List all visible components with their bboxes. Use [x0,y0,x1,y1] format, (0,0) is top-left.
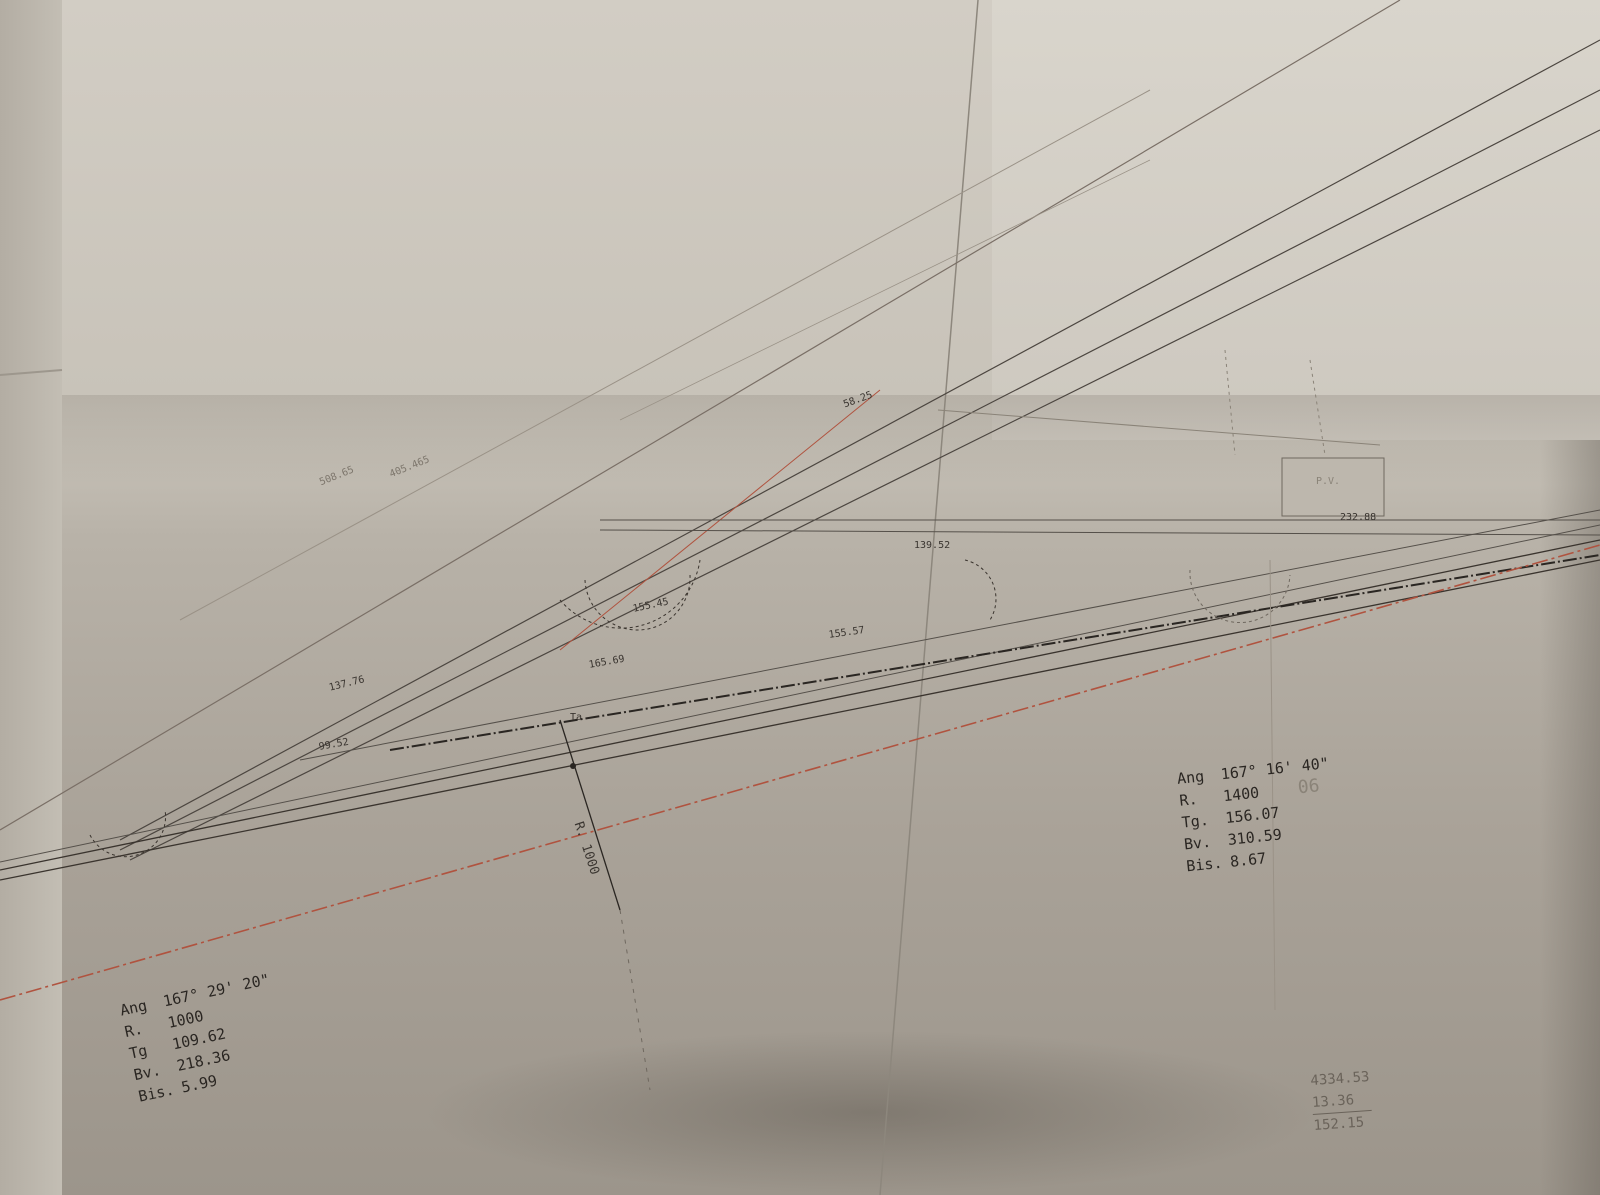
pencil-line [938,410,1380,445]
angle-arc [560,560,700,628]
station-label: 232.88 [1340,512,1376,523]
curve-radius: 1400 [1222,783,1260,805]
track-line [0,525,1600,862]
fold-line-vertical [880,0,978,1195]
red-centreline [0,545,1600,1000]
radius-line-pencil [620,910,650,1090]
curve-bv: 310.59 [1227,825,1283,849]
survey-sheet: 508.65 405.465 165.69 155.57 99.52 137.7… [0,0,1600,1195]
track-line [600,530,1600,535]
margin-note: 06 [1297,775,1321,798]
track-line [0,560,1600,880]
ta-mark: Ta [570,712,582,723]
curve-data-right: Ang167° 16' 40" R.1400 06 Tg.156.07 Bv.3… [1176,752,1339,877]
faint-line [620,160,1150,420]
pencil-line [1225,350,1235,455]
curve-centre-point [570,763,576,769]
faint-line [180,90,1150,620]
building-box [1282,458,1384,516]
building-label: P.V. [1316,476,1340,487]
station-label: 139.52 [914,540,950,551]
fold-line-horizontal [0,370,62,375]
alignment-line [120,40,1600,840]
track-line [0,540,1600,870]
curve-bis: 8.67 [1229,849,1267,871]
alignment-line [0,0,1400,830]
pencil-calculation: 4334.53 13.36 152.15 [1310,1066,1374,1137]
angle-arc [965,560,996,620]
